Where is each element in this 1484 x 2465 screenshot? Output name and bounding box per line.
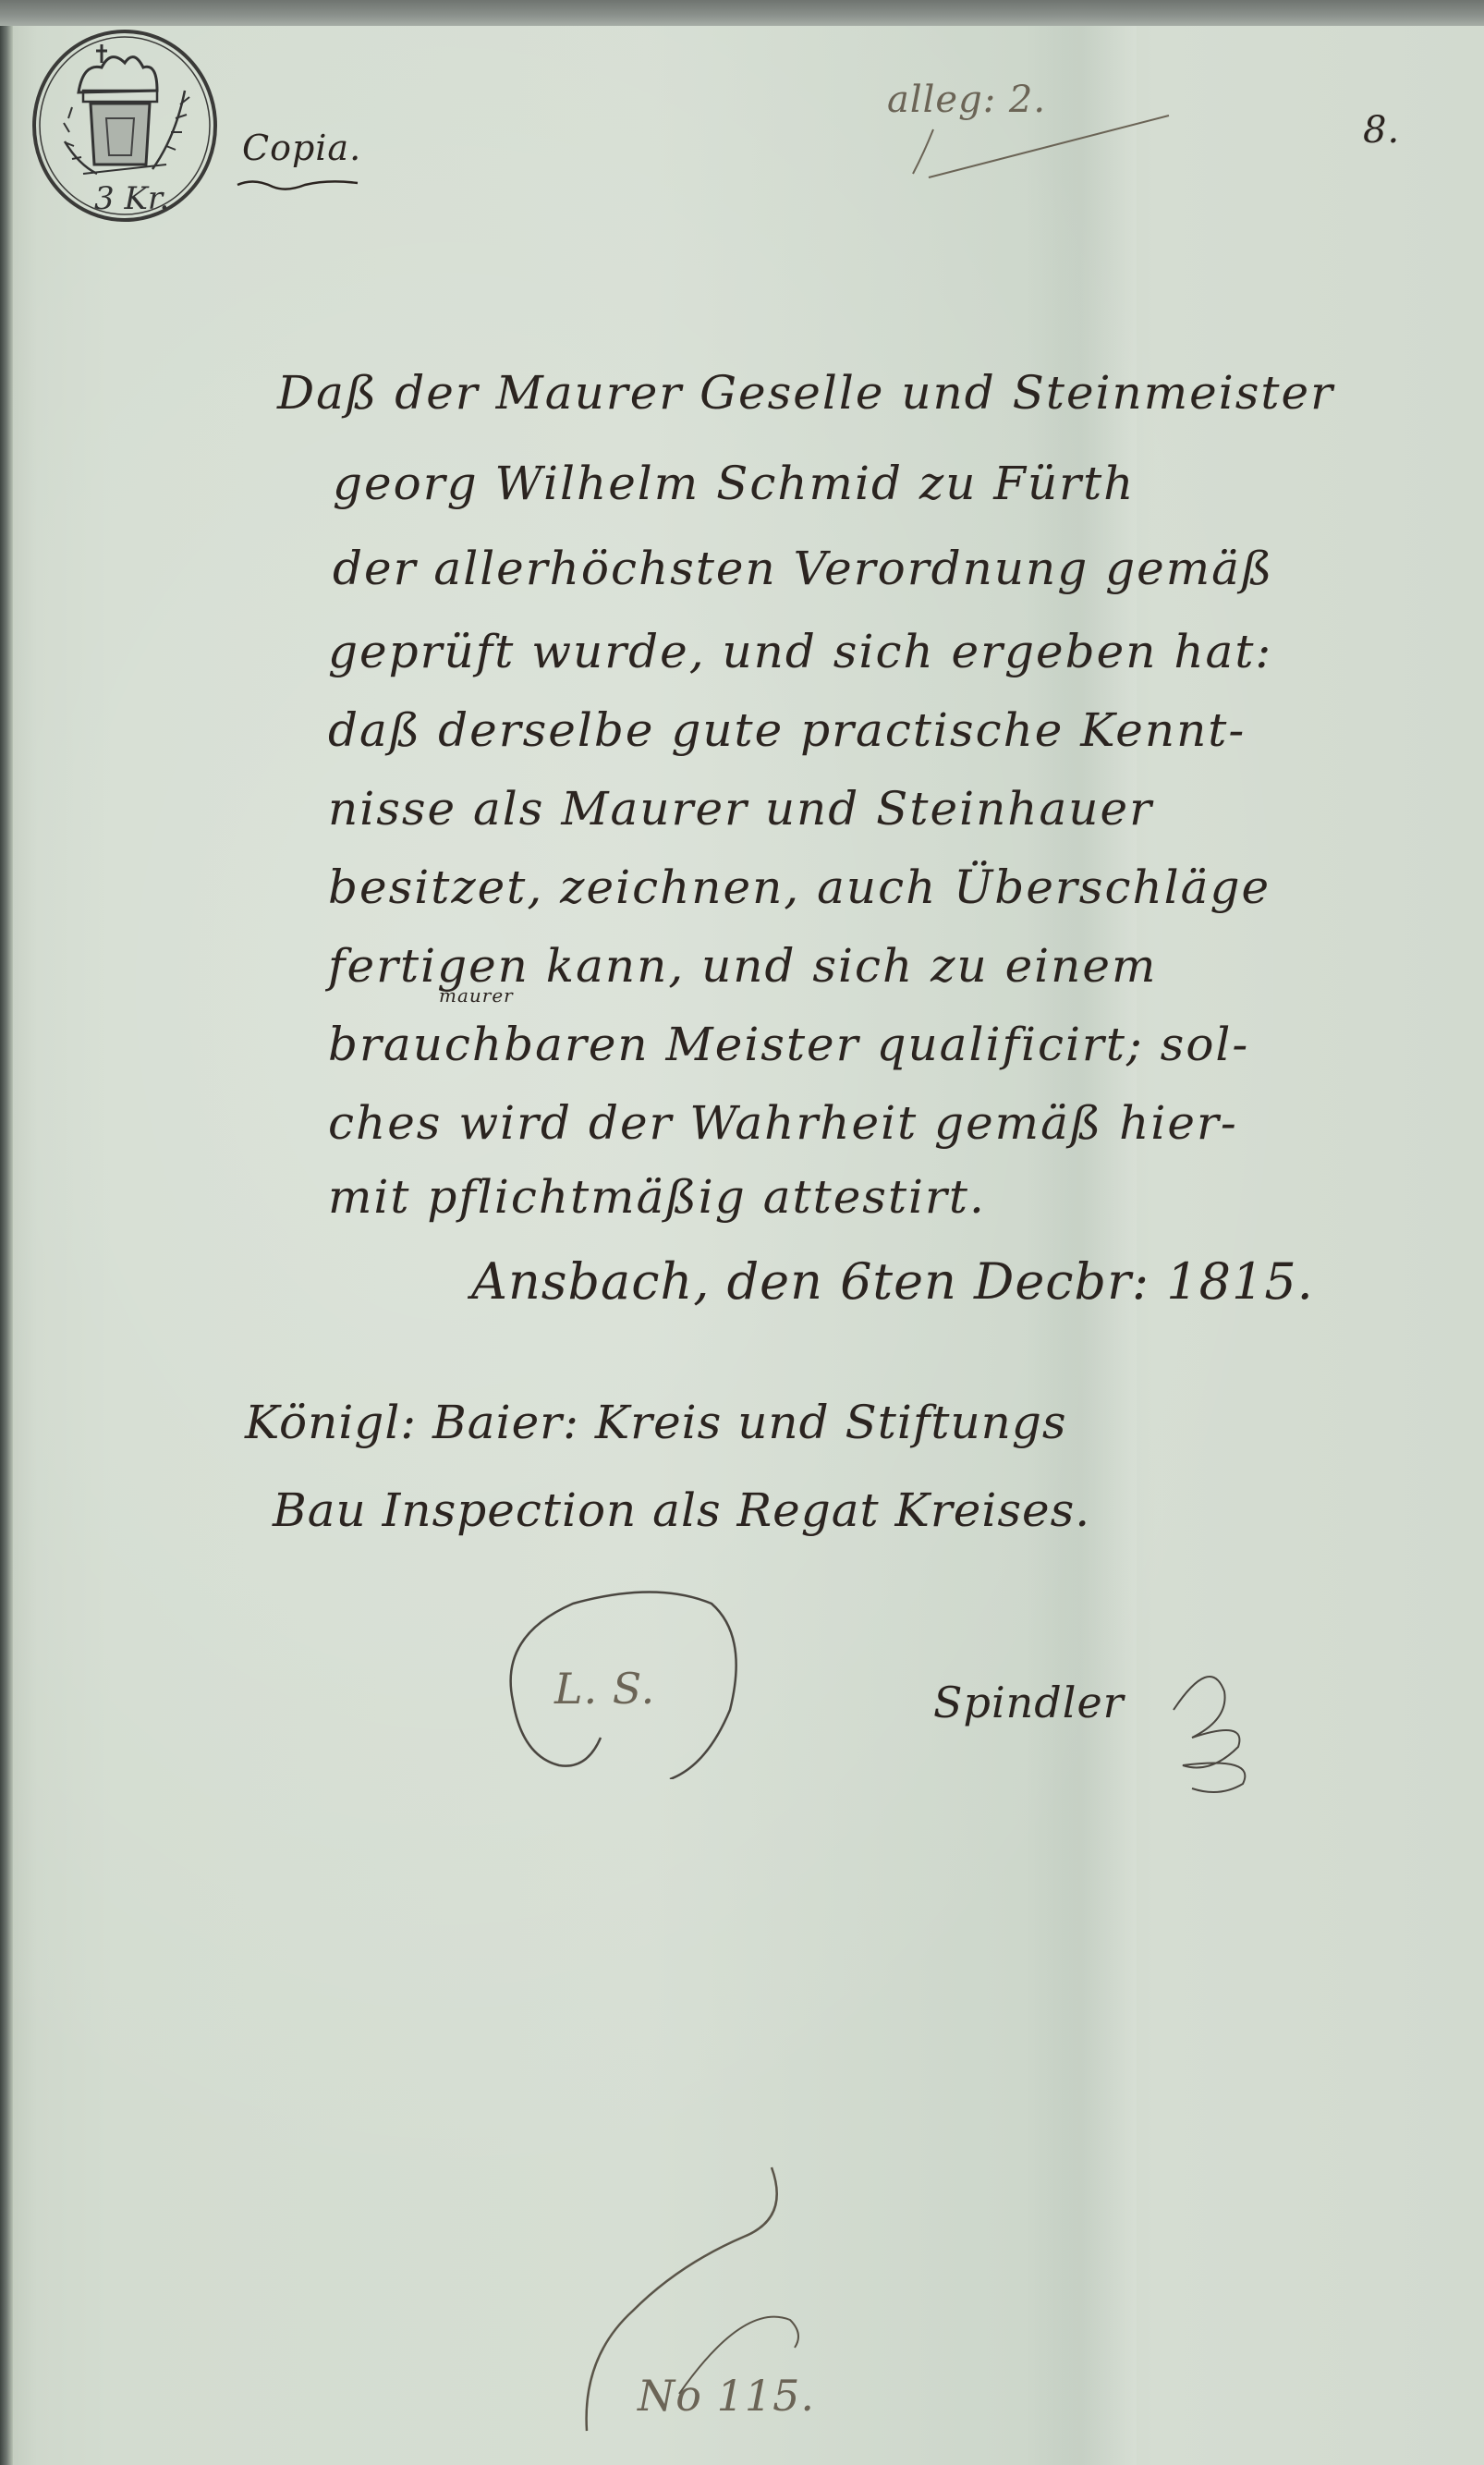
copy-mark-underline	[236, 177, 360, 196]
issuing-authority-line-1: Königl: Baier: Kreis und Stiftungs	[245, 1396, 1067, 1449]
body-line: brauchbaren Meister qualificirt; sol-	[328, 1021, 1249, 1068]
body-line: georg Wilhelm Schmid zu Fürth	[333, 460, 1135, 506]
binding-edge	[0, 26, 13, 2465]
body-line: der allerhöchsten Verordnung gemäß	[333, 545, 1273, 592]
body-line: fertigen kann, und sich zu einem	[328, 943, 1157, 989]
place-date-line: Ansbach, den 6ten Decbr: 1815.	[471, 1252, 1314, 1311]
body-line: nisse als Maurer und Steinhauer	[328, 786, 1153, 832]
issuing-authority-line-2: Bau Inspection als Regat Kreises.	[273, 1483, 1090, 1537]
body-line: daß derselbe gute practische Kennt-	[328, 707, 1246, 753]
royal-stamp-icon: 3 Kr.	[28, 26, 222, 225]
interlinear-insertion: maurer	[439, 984, 514, 1007]
body-line: geprüft wurde, und sich ergeben hat:	[328, 628, 1272, 675]
page-number: 8.	[1363, 109, 1400, 152]
signature-flourish-icon	[1155, 1636, 1294, 1802]
signature: Spindler	[933, 1678, 1125, 1727]
copy-mark: Copia.	[242, 128, 361, 168]
body-line: mit pflichtmäßig attestirt.	[328, 1174, 986, 1220]
page-top-edge	[0, 0, 1484, 26]
stamp-value: 3 Kr.	[94, 180, 169, 217]
body-line: ches wird der Wahrheit gemäß hier-	[328, 1100, 1238, 1146]
body-line: besitzet, zeichnen, auch Überschläge	[328, 864, 1271, 910]
document-number: No 115.	[638, 2371, 815, 2421]
seal-locus-sigilli: L. S.	[554, 1664, 655, 1714]
manuscript-page: 3 Kr. Copia. alleg: 2. 8. Daß der Maurer…	[0, 0, 1484, 2465]
reference-underline	[869, 102, 1174, 185]
body-line: Daß der Maurer Geselle und Steinmeister	[277, 370, 1334, 416]
